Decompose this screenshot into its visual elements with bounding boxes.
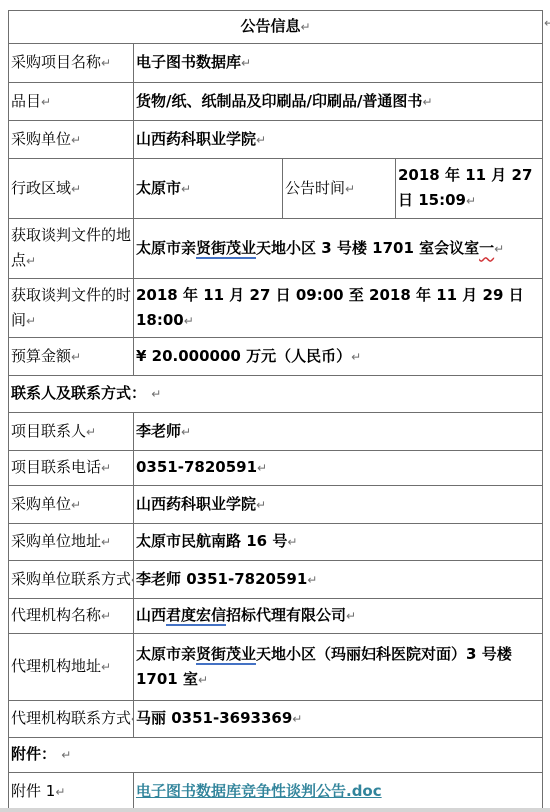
label-text: 代理机构联系方式 bbox=[11, 709, 131, 727]
value-text: 天地小区 3 号楼 1701 室会议室 bbox=[256, 239, 479, 257]
value-text: 太原市亲 bbox=[136, 239, 196, 257]
label-agency-addr: 代理机构地址↵ bbox=[9, 634, 134, 701]
value-budget: ¥ 20.000000 万元（人民币）↵ bbox=[134, 338, 543, 376]
label-text: 预算金额 bbox=[11, 347, 71, 365]
label-region: 行政区域↵ bbox=[9, 159, 134, 219]
table-row-contact-header: 联系人及联系方式： ↵ bbox=[9, 376, 543, 413]
paragraph-mark-icon: ↵ bbox=[41, 95, 51, 109]
value-text: 2018 年 11 月 27 日 09:00 至 2018 年 11 月 29 … bbox=[136, 286, 524, 329]
value-region: 太原市↵ bbox=[134, 159, 283, 219]
paragraph-mark-icon: ↵ bbox=[71, 498, 81, 512]
value-agency-contact: 马丽 0351-3693369↵ bbox=[134, 701, 543, 738]
paragraph-mark-icon: ↵ bbox=[71, 133, 81, 147]
paragraph-mark-icon: ↵ bbox=[292, 712, 302, 726]
value-doc-location: 太原市亲贤街茂业天地小区 3 号楼 1701 室会议室一↵ bbox=[134, 219, 543, 279]
grammar-marked-text: 贤街茂业 bbox=[196, 645, 256, 665]
paragraph-mark-icon: ↵ bbox=[71, 182, 81, 196]
page-bottom-edge bbox=[0, 808, 550, 812]
value-text: 货物/纸、纸制品及印刷品/印刷品/普通图书 bbox=[136, 92, 422, 110]
table-row-project-name: 采购项目名称↵ 电子图书数据库↵ bbox=[9, 44, 543, 83]
value-attachment1: 电子图书数据库竞争性谈判公告.doc bbox=[134, 773, 543, 811]
table-row-category: 品目↵ 货物/纸、纸制品及印刷品/印刷品/普通图书↵ bbox=[9, 83, 543, 121]
table-row-region: 行政区域↵ 太原市↵ 公告时间↵ 2018 年 11 月 27 日 15:09↵ bbox=[9, 159, 543, 219]
label-text: 公告时间 bbox=[285, 179, 345, 197]
table-row-purchaser-contact: 采购单位联系方式↵ 李老师 0351-7820591↵ bbox=[9, 561, 543, 599]
value-text: 太原市民航南路 16 号 bbox=[136, 532, 287, 550]
paragraph-mark-icon: ↵ bbox=[345, 182, 355, 196]
value-doc-time: 2018 年 11 月 27 日 09:00 至 2018 年 11 月 29 … bbox=[134, 279, 543, 338]
paragraph-mark-icon: ↵ bbox=[55, 785, 65, 799]
value-text: ¥ 20.000000 万元（人民币） bbox=[136, 347, 351, 365]
value-text: 0351-7820591 bbox=[136, 458, 257, 476]
value-text: 李老师 bbox=[136, 422, 181, 440]
paragraph-mark-icon: ↵ bbox=[256, 498, 266, 512]
label-purchaser: 采购单位↵ bbox=[9, 121, 134, 159]
label-text: 采购单位 bbox=[11, 130, 71, 148]
label-purchaser-contact: 采购单位联系方式↵ bbox=[9, 561, 134, 599]
paragraph-mark-icon: ↵ bbox=[257, 461, 267, 475]
label-agency-name: 代理机构名称↵ bbox=[9, 599, 134, 634]
value-text: 太原市 bbox=[136, 179, 181, 197]
paragraph-mark-icon: ↵ bbox=[101, 609, 111, 623]
label-text: 附件 1 bbox=[11, 782, 55, 800]
paragraph-mark-icon: ↵ bbox=[101, 56, 111, 70]
table-row-agency-addr: 代理机构地址↵ 太原市亲贤街茂业天地小区（玛丽妇科医院对面）3 号楼 1701 … bbox=[9, 634, 543, 701]
section-text: 联系人及联系方式： bbox=[11, 384, 146, 402]
value-text: 李老师 0351-7820591 bbox=[136, 570, 307, 588]
value-purchaser2: 山西药科职业学院↵ bbox=[134, 486, 543, 524]
label-agency-contact: 代理机构联系方式↵ bbox=[9, 701, 134, 738]
value-text: 山西药科职业学院 bbox=[136, 495, 256, 513]
label-announce-time: 公告时间↵ bbox=[283, 159, 396, 219]
value-purchaser-addr: 太原市民航南路 16 号↵ bbox=[134, 524, 543, 561]
value-text: 马丽 0351-3693369 bbox=[136, 709, 292, 727]
value-category: 货物/纸、纸制品及印刷品/印刷品/普通图书↵ bbox=[134, 83, 543, 121]
table-row-attachment-header: 附件： ↵ bbox=[9, 738, 543, 773]
table-row-agency-name: 代理机构名称↵ 山西君度宏信招标代理有限公司↵ bbox=[9, 599, 543, 634]
value-agency-addr: 太原市亲贤街茂业天地小区（玛丽妇科医院对面）3 号楼 1701 室↵ bbox=[134, 634, 543, 701]
value-purchaser: 山西药科职业学院↵ bbox=[134, 121, 543, 159]
table-row-budget: 预算金额↵ ¥ 20.000000 万元（人民币）↵ bbox=[9, 338, 543, 376]
section-attachment-header: 附件： ↵ bbox=[9, 738, 543, 773]
value-contact-person: 李老师↵ bbox=[134, 413, 543, 451]
paragraph-mark-icon: ↵ bbox=[26, 254, 36, 268]
paragraph-mark-icon: ↵ bbox=[422, 95, 432, 109]
table-row-agency-contact: 代理机构联系方式↵ 马丽 0351-3693369↵ bbox=[9, 701, 543, 738]
label-purchaser2: 采购单位↵ bbox=[9, 486, 134, 524]
table-row-attachment1: 附件 1↵ 电子图书数据库竞争性谈判公告.doc bbox=[9, 773, 543, 811]
paragraph-mark-icon: ↵ bbox=[61, 748, 71, 762]
value-agency-name: 山西君度宏信招标代理有限公司↵ bbox=[134, 599, 543, 634]
attachment-doc-link[interactable]: 电子图书数据库竞争性谈判公告.doc bbox=[136, 782, 382, 800]
paragraph-mark-icon: ↵ bbox=[346, 609, 356, 623]
paragraph-mark-icon: ↵ bbox=[351, 350, 361, 364]
label-contact-phone: 项目联系电话↵ bbox=[9, 451, 134, 486]
value-announce-time: 2018 年 11 月 27 日 15:09↵ bbox=[396, 159, 543, 219]
paragraph-mark-icon: ↵ bbox=[184, 314, 194, 328]
label-text: 采购单位 bbox=[11, 495, 71, 513]
label-text: 代理机构地址 bbox=[11, 657, 101, 675]
table-row-title: 公告信息↵ bbox=[9, 11, 543, 44]
paragraph-mark-icon: ↵ bbox=[101, 535, 111, 549]
announcement-table: 公告信息↵ 采购项目名称↵ 电子图书数据库↵ 品目↵ 货物/纸、纸制品及印刷品/… bbox=[8, 10, 543, 811]
value-text: 电子图书数据库 bbox=[136, 53, 241, 71]
label-category: 品目↵ bbox=[9, 83, 134, 121]
label-doc-time: 获取谈判文件的时间↵ bbox=[9, 279, 134, 338]
value-text: 招标代理有限公司 bbox=[226, 606, 346, 624]
section-text: 附件： bbox=[11, 745, 56, 763]
table-title: 公告信息↵ bbox=[9, 11, 543, 44]
paragraph-mark-icon: ↵ bbox=[181, 182, 191, 196]
label-text: 行政区域 bbox=[11, 179, 71, 197]
label-purchaser-addr: 采购单位地址↵ bbox=[9, 524, 134, 561]
label-text: 项目联系人 bbox=[11, 422, 86, 440]
value-contact-phone: 0351-7820591↵ bbox=[134, 451, 543, 486]
label-budget: 预算金额↵ bbox=[9, 338, 134, 376]
paragraph-mark-icon: ↵ bbox=[287, 535, 297, 549]
table-row-purchaser2: 采购单位↵ 山西药科职业学院↵ bbox=[9, 486, 543, 524]
value-purchaser-contact: 李老师 0351-7820591↵ bbox=[134, 561, 543, 599]
table-row-purchaser: 采购单位↵ 山西药科职业学院↵ bbox=[9, 121, 543, 159]
table-row-contact-phone: 项目联系电话↵ 0351-7820591↵ bbox=[9, 451, 543, 486]
table-row-contact-person: 项目联系人↵ 李老师↵ bbox=[9, 413, 543, 451]
value-project-name: 电子图书数据库↵ bbox=[134, 44, 543, 83]
paragraph-mark-icon: ↵ bbox=[71, 350, 81, 364]
paragraph-mark-icon: ↵ bbox=[181, 425, 191, 439]
paragraph-mark-icon: ↵ bbox=[86, 425, 96, 439]
paragraph-mark-icon: ↵ bbox=[151, 387, 161, 401]
label-text: 采购单位地址 bbox=[11, 532, 101, 550]
label-attachment1: 附件 1↵ bbox=[9, 773, 134, 811]
value-text: 太原市亲 bbox=[136, 645, 196, 663]
paragraph-mark-icon: ↵ bbox=[26, 314, 36, 328]
value-text: 山西药科职业学院 bbox=[136, 130, 256, 148]
paragraph-mark-icon: ↵ bbox=[307, 573, 317, 587]
label-contact-person: 项目联系人↵ bbox=[9, 413, 134, 451]
label-text: 品目 bbox=[11, 92, 41, 110]
paragraph-mark-icon: ↵ bbox=[300, 20, 310, 34]
paragraph-mark-icon: ↵ bbox=[544, 16, 550, 30]
spellcheck-marked-text: 一 bbox=[479, 239, 494, 257]
paragraph-mark-icon: ↵ bbox=[101, 660, 111, 674]
label-doc-location: 获取谈判文件的地点↵ bbox=[9, 219, 134, 279]
label-text: 代理机构名称 bbox=[11, 606, 101, 624]
paragraph-mark-icon: ↵ bbox=[466, 194, 476, 208]
label-project-name: 采购项目名称↵ bbox=[9, 44, 134, 83]
grammar-marked-text: 君度宏信 bbox=[166, 606, 226, 626]
value-text: 山西 bbox=[136, 606, 166, 624]
table-title-text: 公告信息 bbox=[240, 17, 300, 35]
section-contact-header: 联系人及联系方式： ↵ bbox=[9, 376, 543, 413]
paragraph-mark-icon: ↵ bbox=[101, 461, 111, 475]
label-text: 采购单位联系方式 bbox=[11, 570, 131, 588]
paragraph-mark-icon: ↵ bbox=[241, 56, 251, 70]
table-row-doc-location: 获取谈判文件的地点↵ 太原市亲贤街茂业天地小区 3 号楼 1701 室会议室一↵ bbox=[9, 219, 543, 279]
label-text: 采购项目名称 bbox=[11, 53, 101, 71]
table-row-purchaser-addr: 采购单位地址↵ 太原市民航南路 16 号↵ bbox=[9, 524, 543, 561]
table-row-doc-time: 获取谈判文件的时间↵ 2018 年 11 月 27 日 09:00 至 2018… bbox=[9, 279, 543, 338]
grammar-marked-text: 贤街茂业 bbox=[196, 239, 256, 259]
paragraph-mark-icon: ↵ bbox=[198, 673, 208, 687]
paragraph-mark-icon: ↵ bbox=[494, 242, 504, 256]
paragraph-mark-icon: ↵ bbox=[256, 133, 266, 147]
label-text: 项目联系电话 bbox=[11, 458, 101, 476]
